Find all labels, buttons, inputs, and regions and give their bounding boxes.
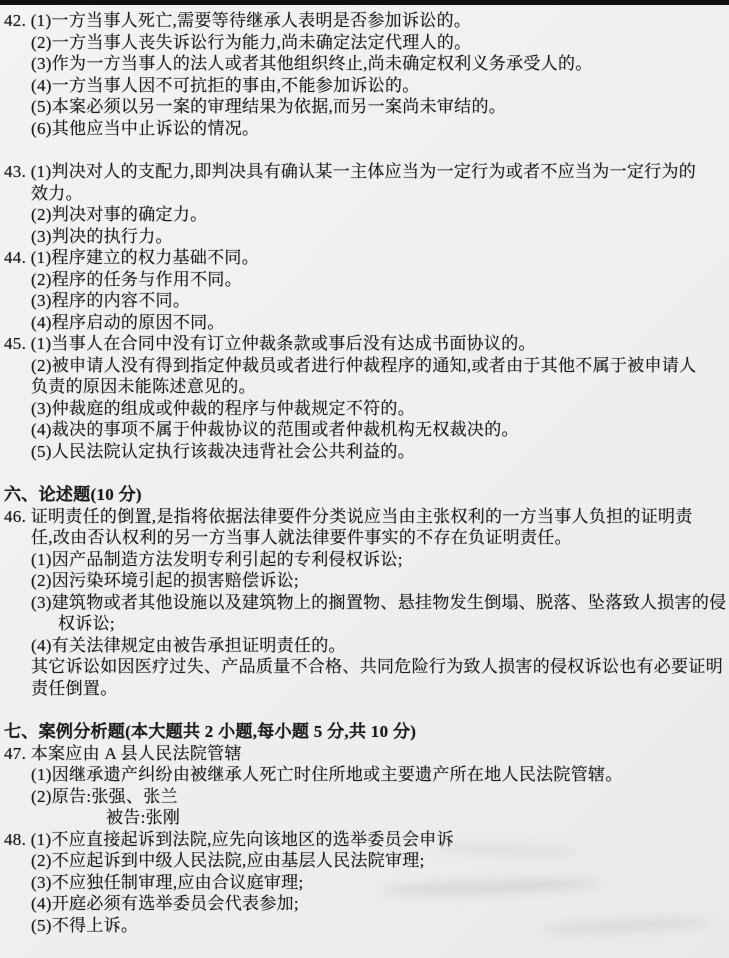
text-line: 责任倒置。 (0, 678, 729, 700)
answer-42: 42. (1)一方当事人死亡,需要等待继承人表明是否参加诉讼的。(2)一方当事人… (0, 10, 729, 139)
text-line: (2)因污染环境引起的损害赔偿诉讼; (0, 570, 729, 592)
scanned-page: 42. (1)一方当事人死亡,需要等待继承人表明是否参加诉讼的。(2)一方当事人… (0, 0, 729, 958)
document-body: 42. (1)一方当事人死亡,需要等待继承人表明是否参加诉讼的。(2)一方当事人… (0, 10, 729, 936)
text-line: (5)人民法院认定执行该裁决违背社会公共利益的。 (0, 441, 729, 463)
text-line: 43. (1)判决对人的支配力,即判决具有确认某一主体应当为一定行为或者不应当为… (0, 161, 729, 183)
text-line: (6)其他应当中止诉讼的情况。 (0, 118, 729, 140)
text-line: 被告:张刚 (0, 807, 729, 829)
text-line: (2)程序的任务与作用不同。 (0, 269, 729, 291)
section-7-heading: 七、案例分析题(本大题共 2 小题,每小题 5 分,共 10 分) (0, 721, 729, 743)
scan-edge-bar (0, 0, 729, 5)
text-line: (3)程序的内容不同。 (0, 290, 729, 312)
text-line: (2)判决对事的确定力。 (0, 204, 729, 226)
answer-46: 46. 证明责任的倒置,是指将依据法律要件分类说应当由主张权利的一方当事人负担的… (0, 506, 729, 700)
text-line: (4)一方当事人因不可抗拒的事由,不能参加诉讼的。 (0, 75, 729, 97)
text-line: (2)被申请人没有得到指定仲裁员或者进行仲裁程序的通知,或者由于其他不属于被申请… (0, 355, 729, 377)
text-line: (5)不得上诉。 (0, 915, 729, 937)
text-line: 七、案例分析题(本大题共 2 小题,每小题 5 分,共 10 分) (0, 721, 729, 743)
text-line: 权诉讼; (0, 613, 729, 635)
text-line: 45. (1)当事人在合同中没有订立仲裁条款或事后没有达成书面协议的。 (0, 333, 729, 355)
text-line: (2)不应起诉到中级人民法院,应由基层人民法院审理; (0, 850, 729, 872)
text-line: (4)程序启动的原因不同。 (0, 312, 729, 334)
answer-44: 44. (1)程序建立的权力基础不同。(2)程序的任务与作用不同。(3)程序的内… (0, 247, 729, 333)
text-line: (4)有关法律规定由被告承担证明责任的。 (0, 635, 729, 657)
text-line: 44. (1)程序建立的权力基础不同。 (0, 247, 729, 269)
answer-43: 43. (1)判决对人的支配力,即判决具有确认某一主体应当为一定行为或者不应当为… (0, 161, 729, 247)
text-line: (3)不应独任制审理,应由合议庭审理; (0, 872, 729, 894)
text-line: (3)建筑物或者其他设施以及建筑物上的搁置物、悬挂物发生倒塌、脱落、坠落致人损害… (0, 592, 729, 614)
text-line: (5)本案必须以另一案的审理结果为依据,而另一案尚未审结的。 (0, 96, 729, 118)
text-line: (1)因继承遗产纠纷由被继承人死亡时住所地或主要遗产所在地人民法院管辖。 (0, 764, 729, 786)
text-line: (2)一方当事人丧失诉讼行为能力,尚未确定法定代理人的。 (0, 32, 729, 54)
text-line: 42. (1)一方当事人死亡,需要等待继承人表明是否参加诉讼的。 (0, 10, 729, 32)
answer-48: 48. (1)不应直接起诉到法院,应先向该地区的选举委员会申诉(2)不应起诉到中… (0, 829, 729, 937)
text-line: 47. 本案应由 A 县人民法院管辖 (0, 743, 729, 765)
text-line: 48. (1)不应直接起诉到法院,应先向该地区的选举委员会申诉 (0, 829, 729, 851)
text-line: (3)判决的执行力。 (0, 226, 729, 248)
text-line: 效力。 (0, 183, 729, 205)
section-6-heading: 六、论述题(10 分) (0, 484, 729, 506)
text-line: (3)作为一方当事人的法人或者其他组织终止,尚未确定权利义务承受人的。 (0, 53, 729, 75)
text-line: 任,改由否认权利的另一方当事人就法律要件事实的不存在负证明责任。 (0, 527, 729, 549)
answer-47: 47. 本案应由 A 县人民法院管辖(1)因继承遗产纠纷由被继承人死亡时住所地或… (0, 743, 729, 829)
text-line: 46. 证明责任的倒置,是指将依据法律要件分类说应当由主张权利的一方当事人负担的… (0, 506, 729, 528)
text-line: 六、论述题(10 分) (0, 484, 729, 506)
text-line: 其它诉讼如因医疗过失、产品质量不合格、共同危险行为致人损害的侵权诉讼也有必要证明 (0, 656, 729, 678)
text-line: 负责的原因未能陈述意见的。 (0, 376, 729, 398)
text-line: (3)仲裁庭的组成或仲裁的程序与仲裁规定不符的。 (0, 398, 729, 420)
text-line: (1)因产品制造方法发明专利引起的专利侵权诉讼; (0, 549, 729, 571)
text-line: (2)原告:张强、张兰 (0, 786, 729, 808)
text-line: (4)开庭必须有选举委员会代表参加; (0, 893, 729, 915)
answer-45: 45. (1)当事人在合同中没有订立仲裁条款或事后没有达成书面协议的。(2)被申… (0, 333, 729, 462)
text-line: (4)裁决的事项不属于仲裁协议的范围或者仲裁机构无权裁决的。 (0, 419, 729, 441)
